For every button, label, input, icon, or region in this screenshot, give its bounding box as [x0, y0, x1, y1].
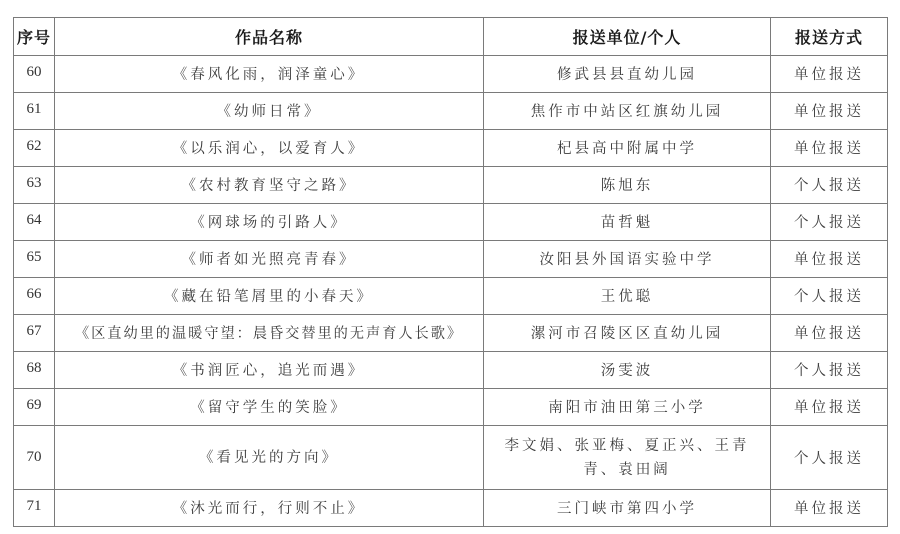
table-row: 64 《网球场的引路人》 苗哲魁 个人报送	[14, 204, 888, 241]
cell-title: 《看见光的方向》	[55, 426, 484, 490]
cell-method: 单位报送	[771, 93, 888, 130]
table-row: 65 《师者如光照亮青春》 汝阳县外国语实验中学 单位报送	[14, 241, 888, 278]
cell-no: 67	[14, 315, 55, 352]
cell-no: 63	[14, 167, 55, 204]
cell-method: 个人报送	[771, 204, 888, 241]
cell-no: 64	[14, 204, 55, 241]
cell-no: 70	[14, 426, 55, 490]
cell-method: 单位报送	[771, 56, 888, 93]
cell-method: 个人报送	[771, 278, 888, 315]
table-row: 66 《藏在铅笔屑里的小春天》 王优聪 个人报送	[14, 278, 888, 315]
cell-unit: 汝阳县外国语实验中学	[484, 241, 771, 278]
cell-unit: 南阳市油田第三小学	[484, 389, 771, 426]
table-row: 63 《农村教育坚守之路》 陈旭东 个人报送	[14, 167, 888, 204]
cell-no: 65	[14, 241, 55, 278]
table-row: 61 《幼师日常》 焦作市中站区红旗幼儿园 单位报送	[14, 93, 888, 130]
cell-title: 《留守学生的笑脸》	[55, 389, 484, 426]
cell-method: 单位报送	[771, 130, 888, 167]
table-row: 71 《沐光而行，行则不止》 三门峡市第四小学 单位报送	[14, 490, 888, 527]
cell-unit: 三门峡市第四小学	[484, 490, 771, 527]
table-row: 62 《以乐润心，以爱育人》 杞县高中附属中学 单位报送	[14, 130, 888, 167]
cell-title: 《农村教育坚守之路》	[55, 167, 484, 204]
cell-unit: 汤雯波	[484, 352, 771, 389]
cell-title-text: 《区直幼里的温暖守望：晨昏交替里的无声育人长歌》	[75, 322, 463, 343]
cell-method: 个人报送	[771, 167, 888, 204]
cell-no: 61	[14, 93, 55, 130]
cell-unit: 王优聪	[484, 278, 771, 315]
cell-method: 个人报送	[771, 426, 888, 490]
cell-unit: 苗哲魁	[484, 204, 771, 241]
cell-unit: 陈旭东	[484, 167, 771, 204]
cell-title: 《网球场的引路人》	[55, 204, 484, 241]
cell-unit: 李文娟、张亚梅、夏正兴、王青青、袁田阔	[484, 426, 771, 490]
award-list-table: 序号 作品名称 报送单位/个人 报送方式 60 《春风化雨，润泽童心》 修武县县…	[13, 17, 888, 527]
table-row: 68 《书润匠心，追光而遇》 汤雯波 个人报送	[14, 352, 888, 389]
cell-title: 《书润匠心，追光而遇》	[55, 352, 484, 389]
cell-no: 60	[14, 56, 55, 93]
cell-title: 《师者如光照亮青春》	[55, 241, 484, 278]
cell-unit: 焦作市中站区红旗幼儿园	[484, 93, 771, 130]
cell-method: 个人报送	[771, 352, 888, 389]
cell-title: 《沐光而行，行则不止》	[55, 490, 484, 527]
table-row: 70 《看见光的方向》 李文娟、张亚梅、夏正兴、王青青、袁田阔 个人报送	[14, 426, 888, 490]
cell-method: 单位报送	[771, 315, 888, 352]
cell-method: 单位报送	[771, 241, 888, 278]
cell-title: 《藏在铅笔屑里的小春天》	[55, 278, 484, 315]
cell-no: 69	[14, 389, 55, 426]
header-no: 序号	[14, 18, 55, 56]
cell-method: 单位报送	[771, 490, 888, 527]
cell-no: 71	[14, 490, 55, 527]
cell-title: 《区直幼里的温暖守望：晨昏交替里的无声育人长歌》	[55, 315, 484, 352]
header-unit: 报送单位/个人	[484, 18, 771, 56]
cell-no: 68	[14, 352, 55, 389]
table-row: 69 《留守学生的笑脸》 南阳市油田第三小学 单位报送	[14, 389, 888, 426]
cell-no: 66	[14, 278, 55, 315]
header-title: 作品名称	[55, 18, 484, 56]
cell-title: 《以乐润心，以爱育人》	[55, 130, 484, 167]
header-method: 报送方式	[771, 18, 888, 56]
cell-method: 单位报送	[771, 389, 888, 426]
cell-unit: 修武县县直幼儿园	[484, 56, 771, 93]
cell-title: 《幼师日常》	[55, 93, 484, 130]
cell-title: 《春风化雨，润泽童心》	[55, 56, 484, 93]
table-row: 60 《春风化雨，润泽童心》 修武县县直幼儿园 单位报送	[14, 56, 888, 93]
table-row: 67 《区直幼里的温暖守望：晨昏交替里的无声育人长歌》 漯河市召陵区区直幼儿园 …	[14, 315, 888, 352]
cell-unit: 杞县高中附属中学	[484, 130, 771, 167]
cell-no: 62	[14, 130, 55, 167]
table-header-row: 序号 作品名称 报送单位/个人 报送方式	[14, 18, 888, 56]
cell-unit: 漯河市召陵区区直幼儿园	[484, 315, 771, 352]
